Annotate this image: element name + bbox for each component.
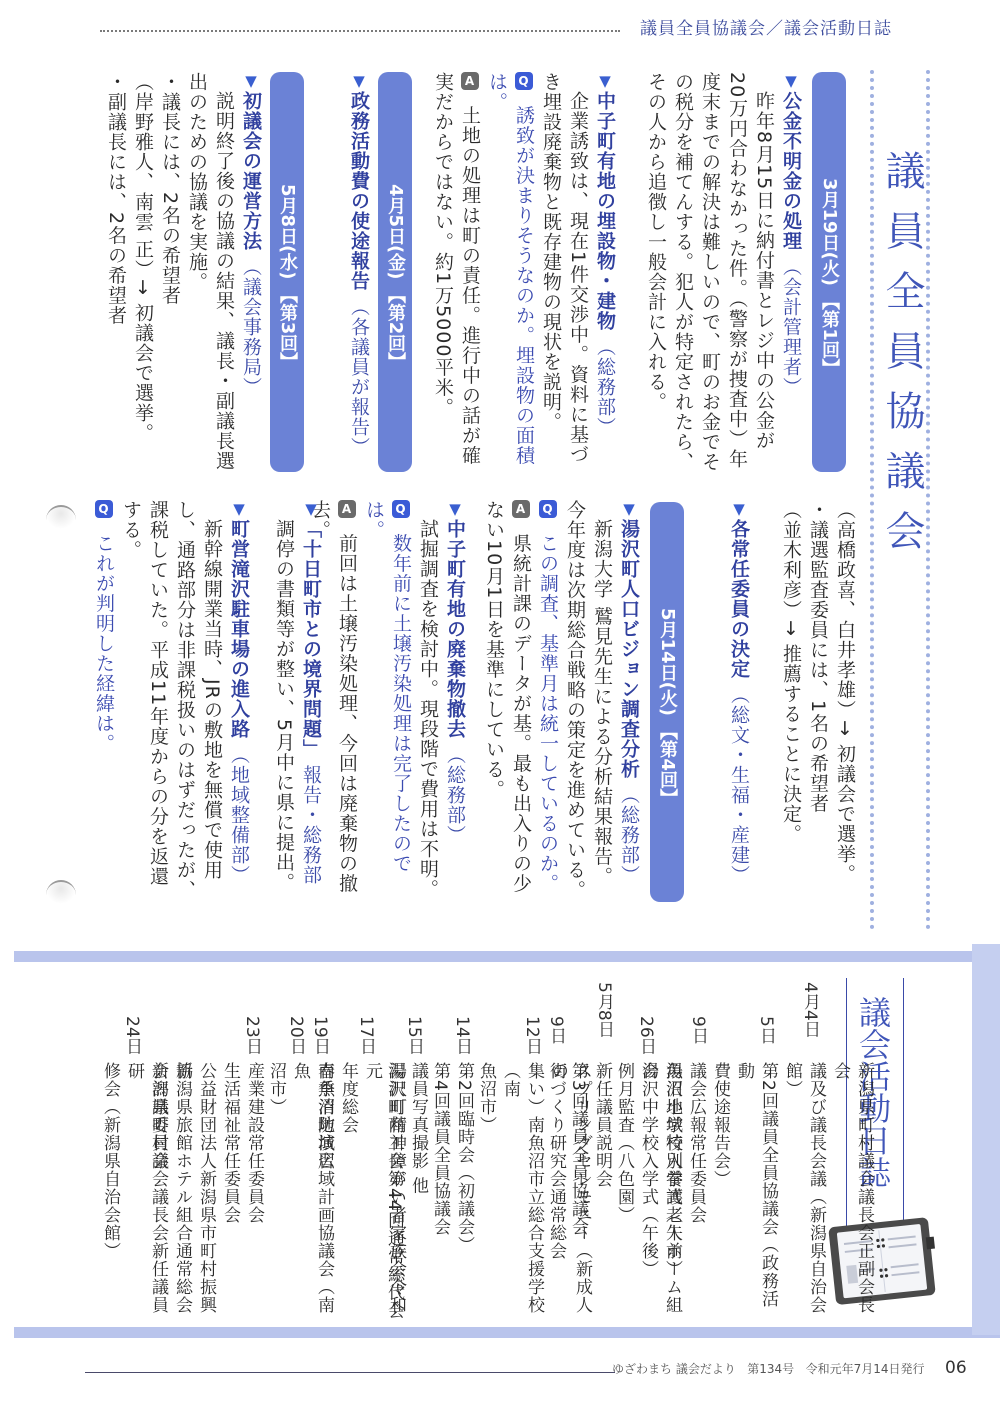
diary-date: 5月8日 [594, 982, 614, 1038]
department: （総務部） [594, 337, 616, 437]
page-header-title: 議員全員協議会／議会活動日誌 [640, 14, 892, 39]
diary-date: 5日 [756, 1016, 776, 1044]
diary-side-band [972, 944, 1000, 1335]
diary-line: 新潟県町村議会議長会新任議員研 [122, 1062, 170, 1322]
q-badge-icon: Q [392, 500, 410, 518]
q-badge-icon: Q [95, 500, 113, 518]
continued-bullets: （高橋政喜、白井孝雄）→ 初議会で選挙。 ・議選監査委員には、1名の希望者 （並… [778, 500, 858, 900]
q-badge-icon: Q [515, 72, 533, 90]
diary-line: 費使途報告会） [708, 1062, 732, 1322]
diary-date: 15日 [404, 1016, 424, 1055]
agenda-item-standing-committees: ▼各常任委員の決定（総文・生福・産建） [722, 500, 752, 900]
heading-text: 初議会の運営方法 [240, 91, 262, 251]
session-date-pill-1: 3月19日(火) 【第1回】 [812, 72, 846, 472]
agenda-body: 試掘調査を検討中。現段階で費用は不明。 [414, 500, 441, 900]
diary-date: 9日 [546, 1016, 566, 1044]
department: 報告・総務部 [300, 765, 322, 885]
page-number: 06 [945, 1358, 967, 1378]
heading-text: 各常任委員の決定 [728, 519, 750, 679]
agenda-heading: ▼中子町有地の廃棄物撤去（総務部） [441, 500, 468, 900]
diary-entry: 新潟県町村議会議長会正副会長会 議及び議長会議（新潟県自治会館） [780, 1062, 876, 1322]
department: （会計管理者） [780, 257, 802, 397]
agenda-heading: ▼政務活動費の使途報告（各議員が報告） [345, 72, 372, 472]
question-text: この調査、基準月は統一しているのか。 [537, 533, 559, 893]
bullet-line: ・副議長には、2名の希望者 [102, 72, 129, 472]
session-date-pill-4: 5月14日(火) 【第4回】 [650, 502, 684, 902]
agenda-heading: ▼湯沢町人口ビジョン調査分析（総務部） [615, 500, 642, 900]
diary-date: 4月4日 [800, 982, 820, 1038]
question: Q これが判明した経緯は。 [90, 500, 117, 900]
agenda-body: 新幹線開業当時、JRの敷地を無償で使用し、通路部分は非課税扱いのはずだったが、課… [117, 500, 225, 900]
question: Q この調査、基準月は統一しているのか。 [534, 500, 561, 900]
diary-line: 第2回臨時会（初議会） [452, 1062, 476, 1322]
diary-entry: 湯沢町精神障がい者家族会令和元 年度総会 [336, 1062, 408, 1322]
session-number: 【第1回】 [819, 292, 840, 377]
agenda-body: 新潟大学 鷲見先生による分析結果報告。今年度は次期総合戦略の策定を進めている。 [561, 500, 615, 900]
diary-line: 第4回議員全員協議会 [428, 1062, 452, 1322]
diary-date: 14日 [452, 1016, 472, 1055]
diary-line: 南魚沼地域広域計画協議会（南魚 [288, 1062, 336, 1322]
header-dotted-rule [100, 30, 620, 32]
diary-entry: スプリングセレモニー（新成人の 集い）南魚沼市立総合支援学校（南 魚沼市） [474, 1062, 594, 1322]
session-date: 5月14日(火) [657, 608, 678, 716]
bullet-line: ・議長には、2名の希望者 [156, 72, 183, 472]
diary-line: 年度総会 [336, 1062, 360, 1322]
agenda-item-parking-access: ▼町営滝沢駐車場の進入路（地域整備部） 新幹線開業当時、JRの敷地を無償で使用し… [92, 500, 252, 900]
heading-text: 政務活動費の使途報告 [348, 91, 370, 291]
triangle-bullet-icon: ▼ [730, 500, 748, 519]
heading-text: 公金不明金の処理 [780, 91, 802, 251]
triangle-bullet-icon: ▼ [446, 500, 464, 519]
diary-date: 12日 [522, 1016, 542, 1055]
heading-text: 湯沢町人口ビジョン調査分析 [618, 519, 640, 779]
session-date: 5月8日(水) [277, 184, 298, 280]
bullet-line: （高橋政喜、白井孝雄）→ 初議会で選挙。 [831, 500, 858, 900]
diary-line: 例月監査（八色園） [612, 1062, 636, 1322]
session-number: 【第2回】 [385, 286, 406, 371]
agenda-heading: ▼町営滝沢駐車場の進入路（地域整備部） [225, 500, 252, 900]
triangle-bullet-icon: ▼ [782, 72, 800, 91]
agenda-body: 調停の書類等が整い、5月中に県に提出。 [270, 500, 297, 900]
department: （総文・生福・産建） [728, 685, 750, 885]
diary-date: 17日 [356, 1016, 376, 1055]
diary-line: 沼市） [264, 1062, 288, 1322]
answer: A 県統計課のデータが基。最も出入りの少ない10月1日を基準にしている。 [480, 500, 534, 900]
diary-line: 新潟県町村議会議長会正副会長会 [828, 1062, 876, 1322]
diary-line: 集い）南魚沼市立総合支援学校（南 [498, 1062, 546, 1322]
binder-hole [46, 880, 76, 904]
diary-bottom-band [14, 1327, 1000, 1338]
question-text: 数年前に土壌汚染処理は完了したのでは。 [363, 500, 412, 873]
agenda-item-population-vision: ▼湯沢町人口ビジョン調査分析（総務部） 新潟大学 鷲見先生による分析結果報告。今… [476, 500, 642, 900]
agenda-heading: ▼各常任委員の決定（総文・生福・産建） [725, 500, 752, 900]
diary-date: 9日 [688, 1016, 708, 1044]
agenda-item-public-funds: ▼公金不明金の処理（会計管理者） 昨年8月15日に納付書とレジ中の公金が20万円… [628, 72, 804, 472]
diary-line: 議及び議長会議（新潟県自治会館） [780, 1062, 828, 1322]
session-number: 【第3回】 [277, 286, 298, 371]
heading-text: 町営滝沢駐車場の進入路 [228, 519, 250, 739]
dotted-border-left [870, 70, 874, 930]
question: Q 誘致が決まりそうなのか。埋設物の面積は。 [483, 72, 537, 472]
session-date: 3月19日(火) [819, 178, 840, 286]
session-date-pill-2: 4月5日(金) 【第2回】 [378, 72, 412, 472]
diary-line: スプリングセレモニー（新成人の [546, 1062, 594, 1322]
footer-rule [85, 1372, 615, 1373]
bullet-line: ・議選監査委員には、1名の希望者 [804, 500, 831, 900]
agenda-item-activity-expense: ▼政務活動費の使途報告（各議員が報告） [342, 72, 372, 472]
publication-name: ゆざわまち 議会だより [612, 1362, 736, 1376]
diary-line: 第2回議員全員協議会（政務活動 [732, 1062, 780, 1322]
session-date-pill-3: 5月8日(水) 【第3回】 [270, 72, 304, 472]
q-badge-icon: Q [539, 500, 557, 518]
diary-line: 魚沼地域特別養護老人ホーム組合 [636, 1062, 684, 1322]
binder-hole [46, 505, 76, 529]
diary-date: 24日 [122, 1016, 142, 1055]
a-badge-icon: A [461, 72, 479, 90]
diary-date: 20日 [286, 1016, 306, 1055]
diary-top-band [14, 951, 1000, 962]
agenda-body: 企業誘致は、現在1件交渉中。資料に基づき埋設廃棄物と既存建物の現状を説明。 [537, 72, 591, 472]
diary-entry: 魚沼地域特別養護老人ホーム組合 例月監査（八色園） [612, 1062, 684, 1322]
heading-text: 中子町有地の埋設物・建物 [594, 91, 616, 331]
agenda-heading: ▼中子町有地の埋設物・建物（総務部） [591, 72, 618, 472]
agenda-item-boundary-issue: ▼「十日町市との境界問題」報告・総務部 調停の書類等が整い、5月中に県に提出。 [262, 500, 324, 900]
triangle-bullet-icon: ▼ [242, 72, 260, 91]
agenda-heading: ▼「十日町市との境界問題」報告・総務部 [297, 500, 324, 900]
triangle-bullet-icon: ▼ [302, 500, 320, 519]
session-number: 【第4回】 [657, 722, 678, 807]
agenda-heading: ▼公金不明金の処理（会計管理者） [777, 72, 804, 472]
triangle-bullet-icon: ▼ [230, 500, 248, 519]
diary-line: 魚沼市） [474, 1062, 498, 1322]
heading-text: 「十日町市との境界問題」 [300, 519, 322, 759]
agenda-item-waste-removal: ▼中子町有地の廃棄物撤去（総務部） 試掘調査を検討中。現段階で費用は不明。 Q … [338, 500, 468, 900]
agenda-item-first-session: ▼初議会の運営方法（議会事務局） 説明終了後の協議の結果、議長・副議長選出のため… [94, 72, 264, 472]
session-date: 4月5日(金) [385, 184, 406, 280]
diary-line: 議会広報常任委員会 [684, 1062, 708, 1322]
triangle-bullet-icon: ▼ [350, 72, 368, 91]
department: （各議員が報告） [348, 297, 370, 457]
diary-line: 生活福祉常任委員会 [218, 1062, 242, 1322]
diary-line: 議員写真撮影 他 [406, 1062, 430, 1322]
department: （地域整備部） [228, 745, 250, 885]
diary-entry: 第2回臨時会（初議会） 第4回議員全員協議会 [428, 1062, 476, 1322]
question: Q 数年前に土壌汚染処理は完了したのでは。 [360, 500, 414, 900]
answer-text: 土地の処理は町の責任。進行中の話が確実だからではない。約1万5000平米。 [432, 72, 481, 465]
dotted-border-right [926, 70, 930, 930]
department: （議会事務局） [240, 257, 262, 397]
triangle-bullet-icon: ▼ [620, 500, 638, 519]
question-text: これが判明した経緯は。 [93, 533, 115, 753]
diary-entry: 南魚沼地域広域計画協議会（南魚 沼市） [264, 1062, 336, 1322]
agenda-item-buried-objects: ▼中子町有地の埋設物・建物（総務部） 企業誘致は、現在1件交渉中。資料に基づき埋… [446, 72, 618, 472]
bullet-line: （並木利彦）→ 推薦することに決定。 [777, 500, 804, 900]
diary-line: 産業建設常任委員会 [242, 1062, 266, 1322]
section-title: 議員全員協議会 [880, 150, 924, 570]
section-title-frame: 議員全員協議会 [870, 70, 930, 930]
diary-date: 19日 [310, 1016, 330, 1055]
agenda-body: 説明終了後の協議の結果、議長・副議長選出のための協議を実施。 [183, 72, 237, 472]
issue-number: 第134号 [747, 1362, 794, 1376]
triangle-bullet-icon: ▼ [596, 72, 614, 91]
diary-entry: 第2回議員全員協議会（政務活動 費使途報告会） 議会広報常任委員会 [684, 1062, 780, 1322]
department: （総務部） [444, 745, 466, 845]
department: （総務部） [618, 785, 640, 885]
heading-text: 中子町有地の廃棄物撤去 [444, 519, 466, 739]
a-badge-icon: A [338, 500, 356, 518]
agenda-heading: ▼初議会の運営方法（議会事務局） [237, 72, 264, 472]
answer: A 土地の処理は町の責任。進行中の話が確実だからではない。約1万5000平米。 [429, 72, 483, 472]
publish-date: 令和元年7月14日発行 [806, 1362, 925, 1376]
a-badge-icon: A [512, 500, 530, 518]
bullet-line: （岸野雅人、南雲 正）→ 初議会で選挙。 [129, 72, 156, 472]
diary-line: 湯沢町精神障がい者家族会令和元 [360, 1062, 408, 1322]
answer-text: 県統計課のデータが基。最も出入りの少ない10月1日を基準にしている。 [483, 500, 532, 893]
footer-publication-info: ゆざわまち 議会だより 第134号 令和元年7月14日発行 [612, 1360, 925, 1377]
diary-line: 修会（新潟県自治会館） [98, 1062, 122, 1322]
diary-line: 新潟県旅館ホテル組合通常総会 [170, 1062, 194, 1322]
diary-date: 23日 [242, 1016, 262, 1055]
diary-date: 26日 [636, 1016, 656, 1055]
diary-entry: 新潟県旅館ホテル組合通常総会 新潟県町村議会議長会新任議員研 修会（新潟県自治会… [98, 1062, 194, 1322]
agenda-body: 昨年8月15日に納付書とレジ中の公金が20万円合わなかった件。（警察が捜査中）年… [642, 72, 777, 472]
question-text: 誘致が決まりそうなのか。埋設物の面積は。 [486, 72, 535, 465]
